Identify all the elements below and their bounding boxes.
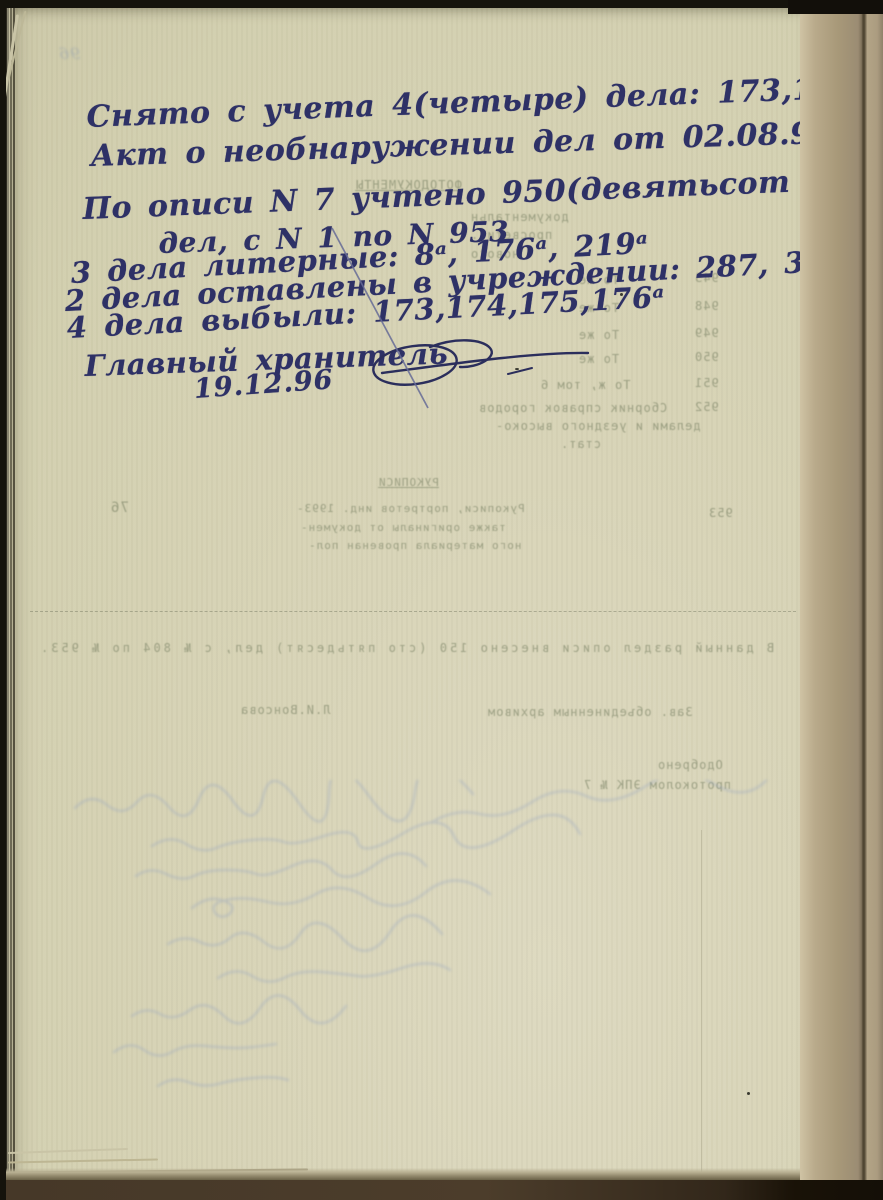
desk-surface [0, 1180, 883, 1200]
bleed-row-text: Сборник справок городов [478, 401, 667, 415]
bleed-row-number: 951 [694, 376, 719, 390]
paper-crease [30, 611, 796, 612]
scan-border-corner [788, 0, 883, 14]
ink-speck [515, 368, 519, 370]
ink-speck [620, 293, 623, 296]
diagonal-strike-line [320, 215, 450, 420]
bleed-row-text: Рукописи, портретов инд. 1993- [296, 502, 525, 515]
scanned-archive-page: ФОТОДОКУМЕНТЫ документальн просветит. но… [0, 0, 883, 1200]
scan-border-left [0, 0, 6, 1200]
bleed-row-number: 952 [694, 400, 719, 414]
ink-speck [747, 1092, 750, 1095]
bleed-row-number: 950 [694, 350, 719, 364]
bleed-row-number: 949 [694, 326, 719, 340]
bleed-row-number: 953 [708, 506, 733, 520]
bleed-approved: Одобрено [657, 758, 723, 772]
page-bottom-edge [6, 1168, 800, 1180]
scan-border-top [0, 0, 883, 8]
bleed-summary-line: В данный раздел описи внесено 150 (сто п… [38, 641, 774, 655]
bleed-signature-label: Зав. объединенным архивом [487, 705, 693, 719]
bleed-signature-name: Л.И.Вонсова [240, 703, 330, 717]
bleed-row-number: 948 [694, 299, 719, 313]
bleed-page-number: 96 [58, 44, 80, 63]
bleed-row-text: делами и уездного высоко- [495, 419, 701, 433]
book-gutter [800, 8, 883, 1184]
left-page-stack-edges [6, 8, 15, 1180]
bleed-row-text: стат. [560, 437, 601, 451]
bleed-row-text: также оригиналы от докумен- [300, 521, 506, 534]
bleed-row-text: ного материала провенан пол- [308, 539, 521, 552]
bleed-count: 76 [110, 500, 129, 516]
bleed-handwriting-illegible [40, 780, 800, 1120]
bleed-section-header: РУКОПИСИ [378, 476, 439, 489]
paper-crease [701, 830, 702, 1175]
